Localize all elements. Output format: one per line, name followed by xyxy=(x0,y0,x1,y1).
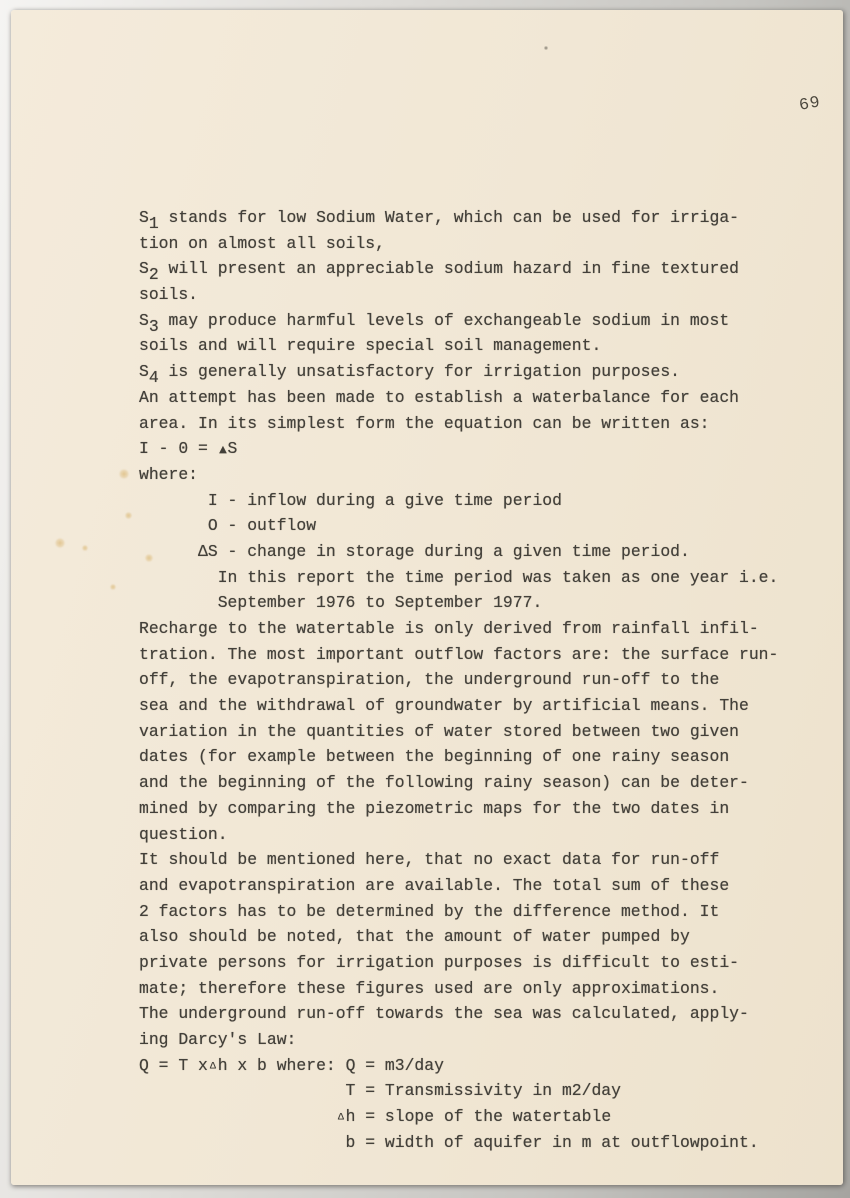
text-line: S1 stands for low Sodium Water, which ca… xyxy=(139,205,819,231)
text-line: mate; therefore these figures used are o… xyxy=(139,976,819,1002)
text-line: question. xyxy=(139,822,819,848)
text-line: ΔS - change in storage during a given ti… xyxy=(139,539,819,565)
text-segment: dates (for example between the beginning… xyxy=(139,747,729,766)
text-segment: where: xyxy=(139,465,198,484)
text-segment: tion on almost all soils, xyxy=(139,234,385,253)
delta-glyph: Δ xyxy=(198,542,208,561)
text-line: T = Transmissivity in m2/day xyxy=(139,1078,819,1104)
text-line: also should be noted, that the amount of… xyxy=(139,924,819,950)
page-number: 69 xyxy=(798,92,823,114)
sub-glyph: 1 xyxy=(149,214,159,233)
paper-stain xyxy=(82,545,88,551)
sub-glyph: 4 xyxy=(149,368,159,387)
text-line: b = width of aquifer in m at outflowpoin… xyxy=(139,1130,819,1156)
text-segment: S xyxy=(139,208,149,227)
paper-stain xyxy=(110,584,116,590)
text-segment: area. In its simplest form the equation … xyxy=(139,414,710,433)
text-segment: It should be mentioned here, that no exa… xyxy=(139,850,719,869)
text-segment xyxy=(139,1107,336,1126)
delta-small-glyph: Δ xyxy=(210,1058,216,1074)
text-segment: also should be noted, that the amount of… xyxy=(139,927,690,946)
text-segment: b = width of aquifer in m at outflowpoin… xyxy=(139,1133,759,1152)
paper-stain xyxy=(125,512,132,519)
text-segment: sea and the withdrawal of groundwater by… xyxy=(139,696,749,715)
text-segment: h = slope of the watertable xyxy=(346,1107,612,1126)
text-line: Δh = slope of the watertable xyxy=(139,1104,819,1130)
text-segment: S - change in storage during a given tim… xyxy=(208,542,690,561)
text-segment: An attempt has been made to establish a … xyxy=(139,388,739,407)
text-line: September 1976 to September 1977. xyxy=(139,590,819,616)
paper-stain xyxy=(119,469,129,479)
text-segment: S xyxy=(228,439,238,458)
text-line: S3 may produce harmful levels of exchang… xyxy=(139,308,819,334)
text-segment: mined by comparing the piezometric maps … xyxy=(139,799,729,818)
text-segment: I - inflow during a give time period xyxy=(139,491,562,510)
sub-glyph: 3 xyxy=(149,317,159,336)
delta-solid-glyph: ▲ xyxy=(219,441,227,461)
text-segment: T = Transmissivity in m2/day xyxy=(139,1081,621,1100)
paper-speck xyxy=(544,46,548,50)
text-segment: mate; therefore these figures used are o… xyxy=(139,979,719,998)
text-line: Q = T xΔh x b where: Q = m3/day xyxy=(139,1053,819,1079)
text-line: I - 0 = ▲S xyxy=(139,436,819,462)
scanner-background: 69 S1 stands for low Sodium Water, which… xyxy=(0,0,850,1198)
text-line: ing Darcy's Law: xyxy=(139,1027,819,1053)
text-segment: The underground run-off towards the sea … xyxy=(139,1004,749,1023)
paper-stain xyxy=(145,554,153,562)
text-line: soils. xyxy=(139,282,819,308)
text-segment: question. xyxy=(139,825,228,844)
text-line: area. In its simplest form the equation … xyxy=(139,411,819,437)
text-segment: may produce harmful levels of exchangeab… xyxy=(159,311,730,330)
text-segment: September 1976 to September 1977. xyxy=(139,593,542,612)
text-line: I - inflow during a give time period xyxy=(139,488,819,514)
text-line: sea and the withdrawal of groundwater by… xyxy=(139,693,819,719)
text-segment: ing Darcy's Law: xyxy=(139,1030,296,1049)
text-line: Recharge to the watertable is only deriv… xyxy=(139,616,819,642)
text-line: O - outflow xyxy=(139,513,819,539)
text-segment: tration. The most important outflow fact… xyxy=(139,645,778,664)
text-segment: I - 0 = xyxy=(139,439,218,458)
sub-glyph: 2 xyxy=(149,265,159,284)
document-text: S1 stands for low Sodium Water, which ca… xyxy=(139,205,819,1155)
text-line: off, the evapotranspiration, the undergr… xyxy=(139,667,819,693)
text-segment: soils and will require special soil mana… xyxy=(139,336,601,355)
text-segment: In this report the time period was taken… xyxy=(139,568,778,587)
text-segment: Q = T x xyxy=(139,1056,208,1075)
text-segment: Recharge to the watertable is only deriv… xyxy=(139,619,759,638)
text-line: It should be mentioned here, that no exa… xyxy=(139,847,819,873)
text-segment: soils. xyxy=(139,285,198,304)
text-line: An attempt has been made to establish a … xyxy=(139,385,819,411)
text-segment: is generally unsatisfactory for irrigati… xyxy=(159,362,680,381)
text-line: where: xyxy=(139,462,819,488)
text-segment: O - outflow xyxy=(139,516,316,535)
text-line: soils and will require special soil mana… xyxy=(139,333,819,359)
text-segment: S xyxy=(139,311,149,330)
text-segment: will present an appreciable sodium hazar… xyxy=(159,259,739,278)
text-segment: stands for low Sodium Water, which can b… xyxy=(159,208,739,227)
document-page: 69 S1 stands for low Sodium Water, which… xyxy=(11,10,843,1185)
text-line: S4 is generally unsatisfactory for irrig… xyxy=(139,359,819,385)
text-line: and evapotranspiration are available. Th… xyxy=(139,873,819,899)
text-line: and the beginning of the following rainy… xyxy=(139,770,819,796)
text-line: In this report the time period was taken… xyxy=(139,565,819,591)
text-segment: S xyxy=(139,362,149,381)
text-line: mined by comparing the piezometric maps … xyxy=(139,796,819,822)
text-segment: and evapotranspiration are available. Th… xyxy=(139,876,729,895)
text-line: The underground run-off towards the sea … xyxy=(139,1001,819,1027)
text-line: S2 will present an appreciable sodium ha… xyxy=(139,256,819,282)
text-line: variation in the quantities of water sto… xyxy=(139,719,819,745)
text-line: 2 factors has to be determined by the di… xyxy=(139,899,819,925)
text-line: tration. The most important outflow fact… xyxy=(139,642,819,668)
text-line: private persons for irrigation purposes … xyxy=(139,950,819,976)
paper-stain xyxy=(55,538,65,548)
text-line: tion on almost all soils, xyxy=(139,231,819,257)
text-segment: off, the evapotranspiration, the undergr… xyxy=(139,670,719,689)
text-segment: and the beginning of the following rainy… xyxy=(139,773,749,792)
text-segment: 2 factors has to be determined by the di… xyxy=(139,902,719,921)
text-segment: h x b where: Q = m3/day xyxy=(218,1056,444,1075)
text-segment: S xyxy=(139,259,149,278)
delta-small-glyph: Δ xyxy=(338,1109,344,1125)
text-segment: private persons for irrigation purposes … xyxy=(139,953,739,972)
text-line: dates (for example between the beginning… xyxy=(139,744,819,770)
text-segment: variation in the quantities of water sto… xyxy=(139,722,739,741)
